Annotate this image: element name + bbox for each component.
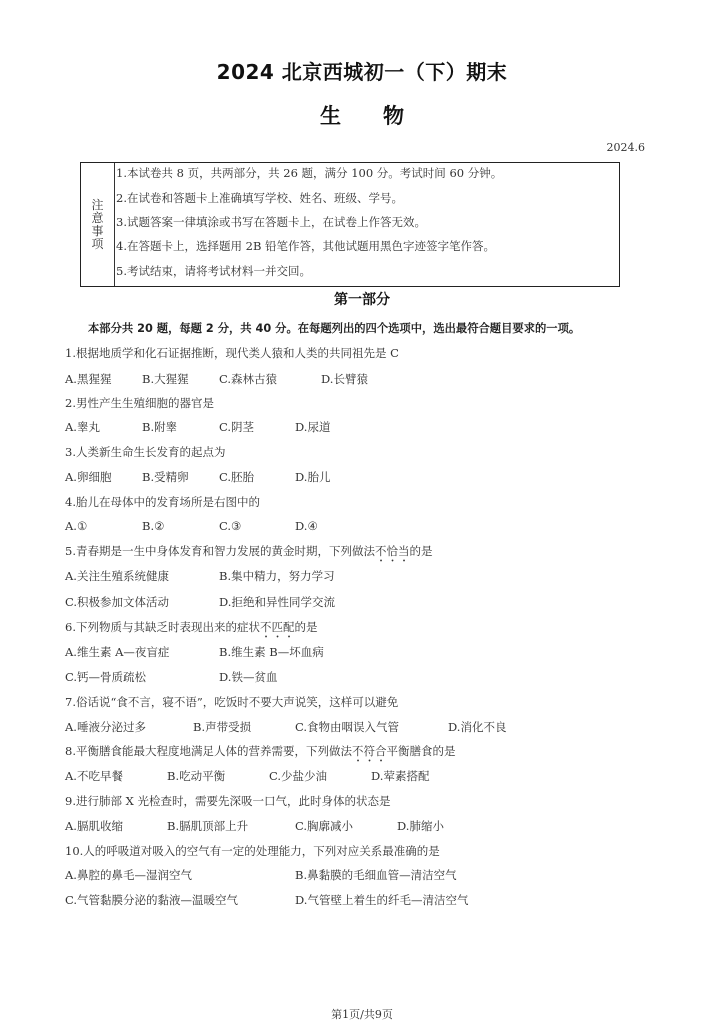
question-stem-3: 3.人类新生命生长发育的起点为 bbox=[65, 444, 225, 460]
option: D.拒绝和异性同学交流 bbox=[219, 594, 335, 610]
notice-box: 注意事项 1.本试卷共 8 页，共两部分，共 26 题，满分 100 分。考试时… bbox=[80, 162, 620, 287]
option: A.鼻腔的鼻毛—湿润空气 bbox=[65, 867, 192, 883]
option: D.气管壁上着生的纤毛—清洁空气 bbox=[295, 892, 468, 908]
option: A.① bbox=[65, 519, 87, 533]
question-stem-10: 10.人的呼吸道对吸入的空气有一定的处理能力，下列对应关系最准确的是 bbox=[65, 843, 440, 859]
option: A.关注生殖系统健康 bbox=[65, 568, 169, 584]
notice-items: 1.本试卷共 8 页，共两部分，共 26 题，满分 100 分。考试时间 60 … bbox=[115, 163, 619, 286]
option: D.铁—贫血 bbox=[219, 669, 277, 685]
option: B.膈肌顶部上升 bbox=[167, 818, 248, 834]
question-stem-5: 5.青春期是一生中身体发育和智力发展的黄金时期，下列做法不恰当的是 bbox=[65, 543, 432, 565]
option: A.膈肌收缩 bbox=[65, 818, 123, 834]
option: C.气管黏膜分泌的黏液—温暖空气 bbox=[65, 892, 238, 908]
question-stem-9: 9.进行肺部 X 光检查时，需要先深吸一口气，此时身体的状态是 bbox=[65, 793, 390, 809]
option: B.维生素 B—坏血病 bbox=[219, 644, 324, 660]
exam-title: 2024 北京西城初一（下）期末 bbox=[0, 56, 724, 85]
notice-item: 1.本试卷共 8 页，共两部分，共 26 题，满分 100 分。考试时间 60 … bbox=[116, 165, 502, 181]
option: D.长臂猿 bbox=[321, 371, 368, 387]
option: C.钙—骨质疏松 bbox=[65, 669, 146, 685]
question-stem-8: 8.平衡膳食能最大程度地满足人体的营养需要，下列做法不符合平衡膳食的是 bbox=[65, 743, 455, 765]
option: C.③ bbox=[219, 519, 241, 533]
option: A.不吃早餐 bbox=[65, 768, 123, 784]
option: C.食物由咽误入气管 bbox=[295, 719, 399, 735]
option: A.黑猩猩 bbox=[65, 371, 111, 387]
section-heading: 第一部分 bbox=[0, 289, 724, 309]
notice-item: 3.试题答案一律填涂或书写在答题卡上，在试卷上作答无效。 bbox=[116, 214, 426, 230]
emphasized-text: 不符合 bbox=[352, 744, 387, 758]
option: B.声带受损 bbox=[193, 719, 251, 735]
option: A.睾丸 bbox=[65, 419, 100, 435]
notice-item: 5.考试结束，请将考试材料一并交回。 bbox=[116, 263, 311, 279]
option: B.吃动平衡 bbox=[167, 768, 225, 784]
notice-item: 4.在答题卡上，选择题用 2B 铅笔作答，其他试题用黑色字迹签字笔作答。 bbox=[116, 238, 495, 254]
option: B.鼻黏膜的毛细血管—清洁空气 bbox=[295, 867, 457, 883]
option: D.肺缩小 bbox=[397, 818, 444, 834]
option: A.维生素 A—夜盲症 bbox=[65, 644, 169, 660]
exam-subject: 生物 bbox=[0, 100, 724, 130]
option: B.② bbox=[142, 519, 164, 533]
option: C.阴茎 bbox=[219, 419, 254, 435]
question-stem-2: 2.男性产生生殖细胞的器官是 bbox=[65, 395, 214, 411]
option: B.集中精力，努力学习 bbox=[219, 568, 335, 584]
question-stem-4: 4.胎儿在母体中的发育场所是右图中的 bbox=[65, 494, 260, 510]
notice-label: 注意事项 bbox=[81, 163, 115, 286]
option: C.少盐少油 bbox=[269, 768, 327, 784]
section-intro: 本部分共 20 题，每题 2 分，共 40 分。在每题列出的四个选项中，选出最符… bbox=[88, 320, 580, 336]
option: B.受精卵 bbox=[142, 469, 189, 485]
option: D.尿道 bbox=[295, 419, 330, 435]
question-stem-6: 6.下列物质与其缺乏时表现出来的症状不匹配的是 bbox=[65, 619, 317, 641]
question-stem-7: 7.俗话说“食不言，寝不语”，吃饭时不要大声说笑，这样可以避免 bbox=[65, 694, 398, 710]
option: A.唾液分泌过多 bbox=[65, 719, 146, 735]
option: D.荤素搭配 bbox=[371, 768, 429, 784]
emphasized-text: 不恰当 bbox=[375, 544, 410, 558]
option: C.胚胎 bbox=[219, 469, 254, 485]
exam-date: 2024.6 bbox=[607, 141, 646, 154]
option: D.④ bbox=[295, 519, 318, 533]
notice-item: 2.在试卷和答题卡上准确填写学校、姓名、班级、学号。 bbox=[116, 190, 403, 206]
page-indicator: 第1页/共9页 bbox=[0, 1006, 724, 1022]
option: A.卵细胞 bbox=[65, 469, 111, 485]
option: C.积极参加文体活动 bbox=[65, 594, 169, 610]
emphasized-text: 不匹配 bbox=[260, 620, 295, 634]
option: C.森林古猿 bbox=[219, 371, 277, 387]
option: C.胸廓减小 bbox=[295, 818, 353, 834]
option: D.消化不良 bbox=[448, 719, 506, 735]
option: D.胎儿 bbox=[295, 469, 330, 485]
question-stem-1: 1.根据地质学和化石证据推断，现代类人猿和人类的共同祖先是 C bbox=[65, 345, 399, 361]
option: B.大猩猩 bbox=[142, 371, 189, 387]
option: B.附睾 bbox=[142, 419, 177, 435]
